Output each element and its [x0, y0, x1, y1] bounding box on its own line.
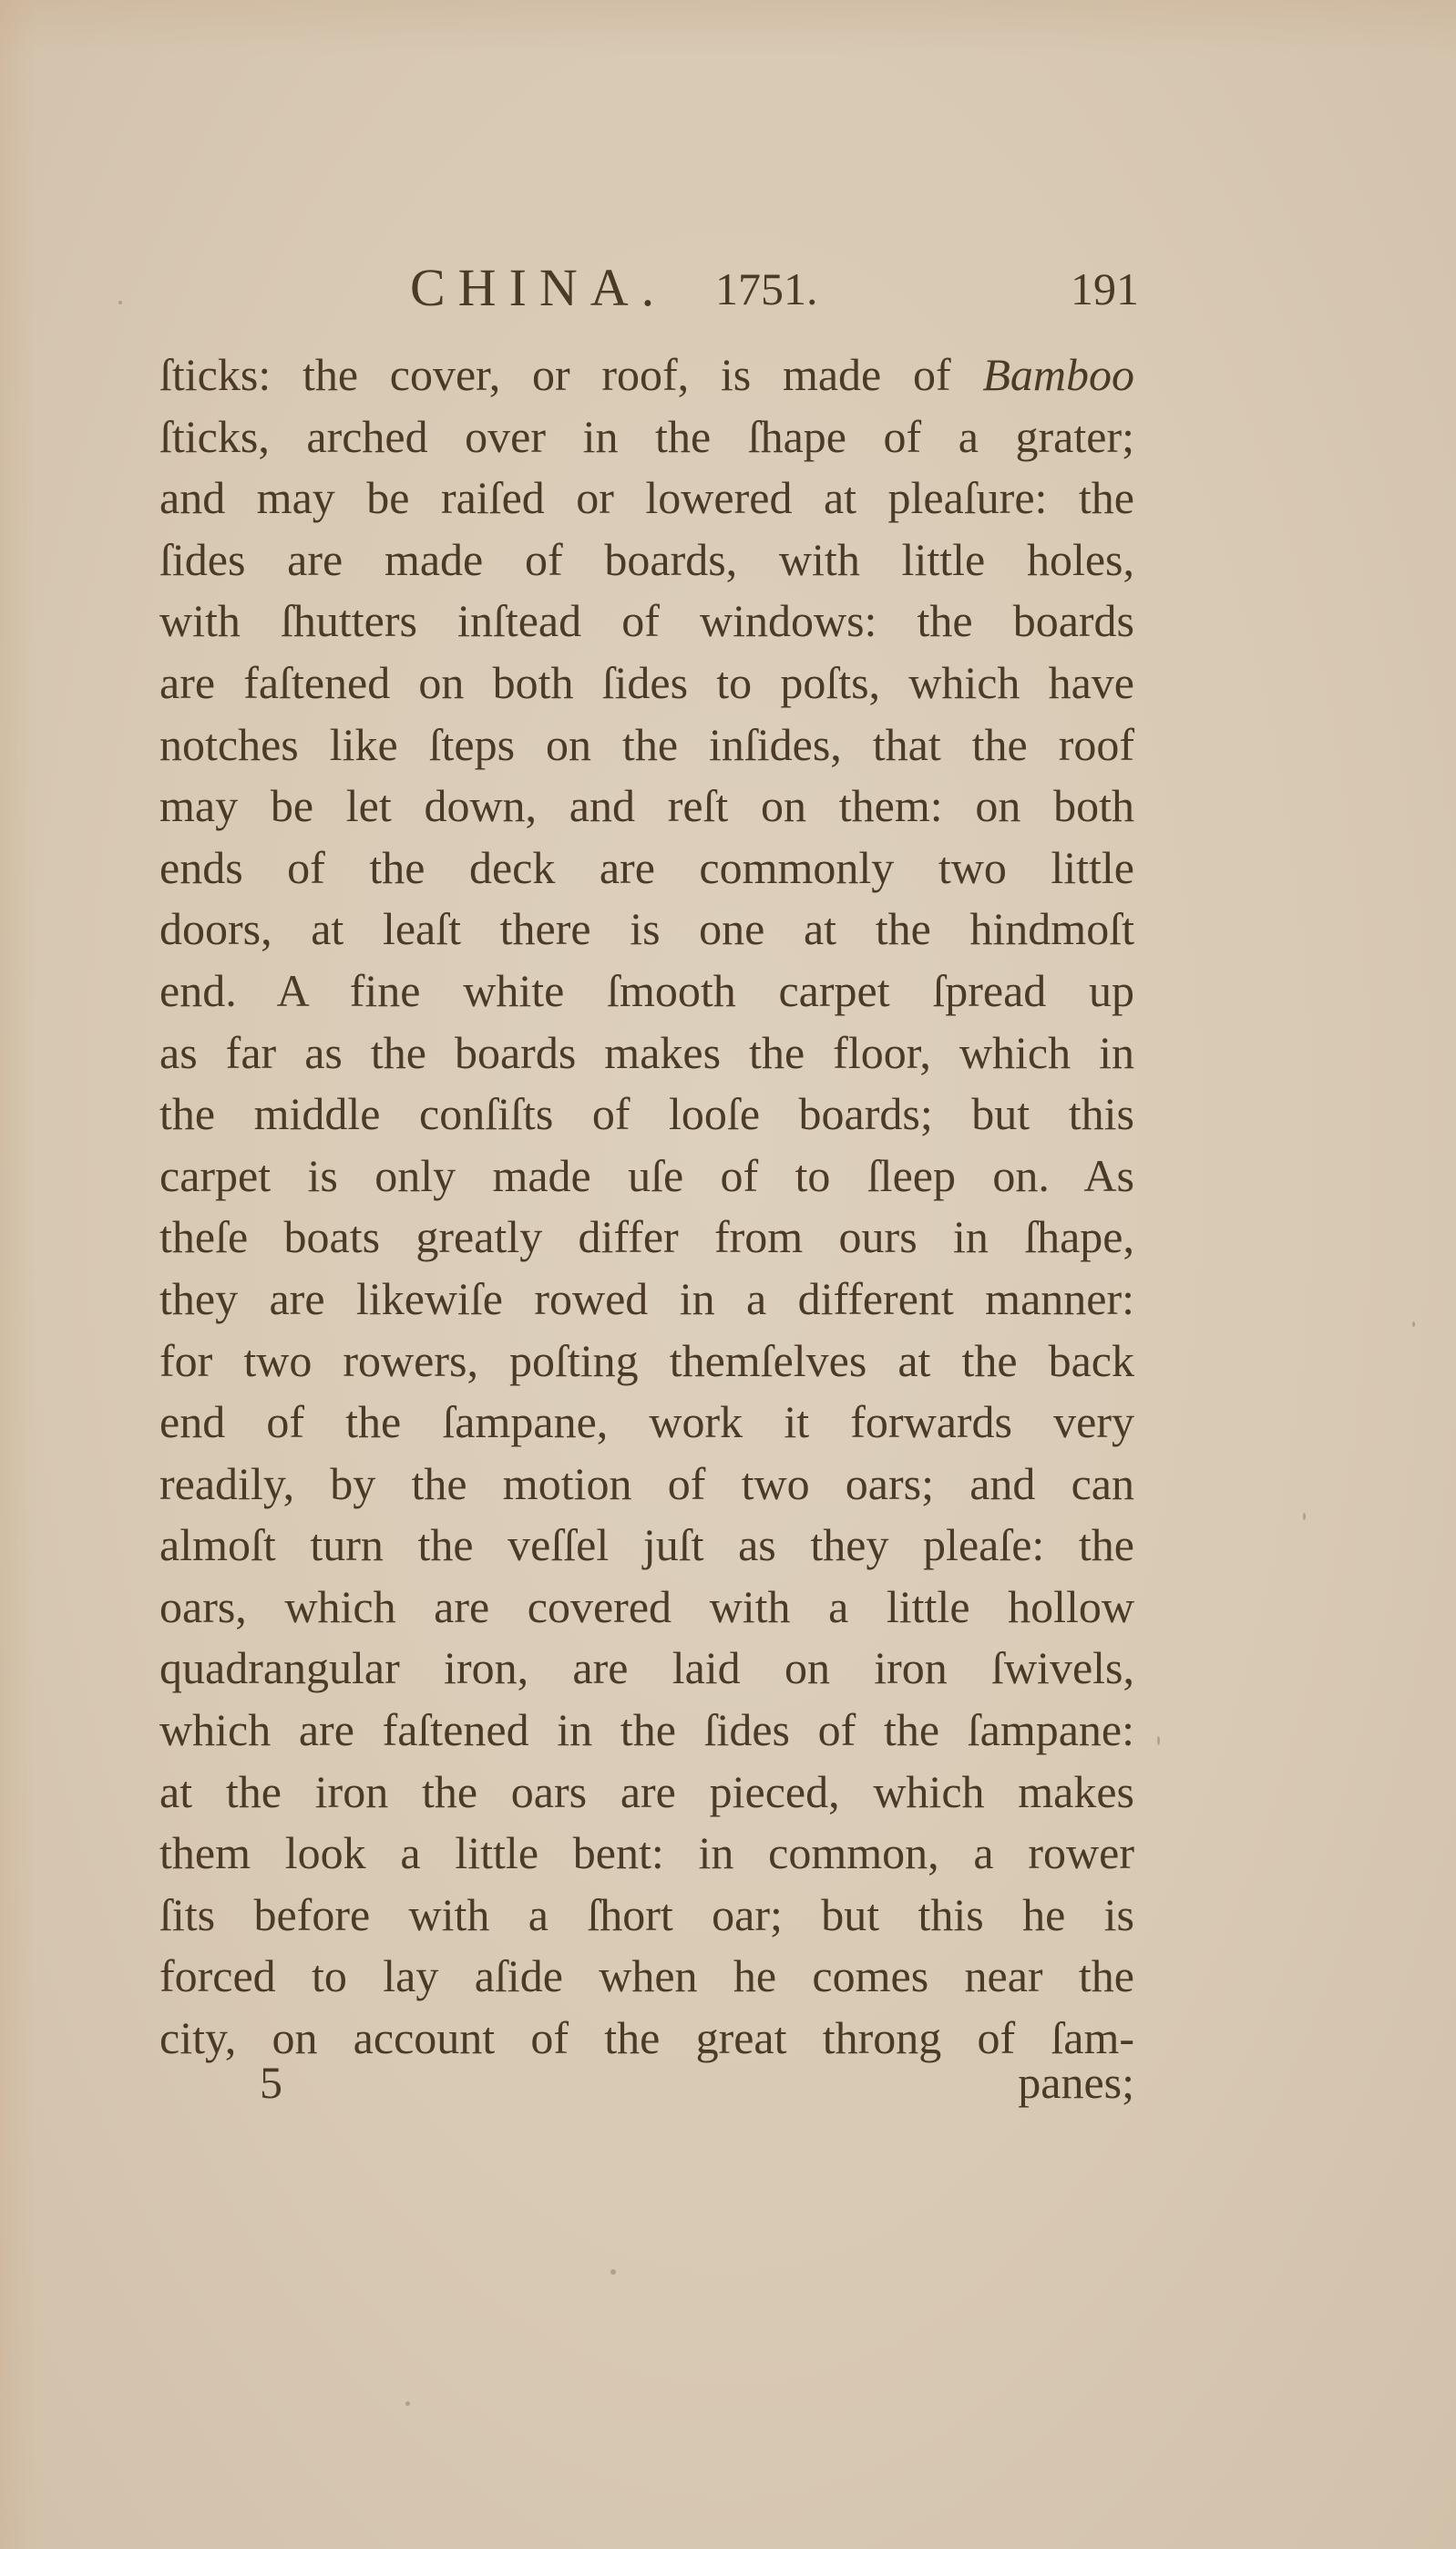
text-line: and may be raiſed or lowered at pleaſure… — [159, 468, 1134, 529]
running-title: CHINA. — [410, 257, 667, 318]
text-line: ſits before with a ſhort oar; but this h… — [159, 1885, 1134, 1947]
signature-mark: 5 — [260, 2056, 282, 2109]
text-line: are faſtened on both ſides to poſts, whi… — [159, 653, 1134, 714]
text-line: they are likewiſe rowed in a different m… — [159, 1269, 1134, 1331]
text-line: forced to lay aſide when he comes near t… — [159, 1946, 1134, 2008]
text-line: as far as the boards makes the floor, wh… — [159, 1023, 1134, 1084]
text-line: ſides are made of boards, with little ho… — [159, 529, 1134, 591]
text-line: readily, by the motion of two oars; and … — [159, 1454, 1134, 1516]
text-line: end. A fine white ſmooth carpet ſpread u… — [159, 961, 1134, 1023]
text-line: which are faſtened in the ſides of the ſ… — [159, 1700, 1134, 1762]
paper-speck — [1303, 1513, 1306, 1520]
page-edge-shading — [0, 0, 36, 2549]
running-year: 1751. — [715, 262, 818, 315]
paper-speck — [610, 2269, 616, 2275]
text-line: oars, which are covered with a little ho… — [159, 1577, 1134, 1639]
catchword: panes; — [1018, 2056, 1134, 2109]
text-line: ends of the deck are commonly two little — [159, 838, 1134, 899]
text-line: for two rowers, poſting themſelves at th… — [159, 1331, 1134, 1393]
text-line: theſe boats greatly differ from ours in … — [159, 1207, 1134, 1269]
text-line: almoſt turn the veſſel juſt as they plea… — [159, 1515, 1134, 1577]
text-line: with ſhutters inſtead of windows: the bo… — [159, 591, 1134, 653]
page-footer: 5 panes; — [159, 2056, 1134, 2120]
page-number: 191 — [1071, 262, 1139, 315]
paper-speck — [1412, 1321, 1415, 1327]
text-line: ſticks: the cover, or roof, is made of B… — [159, 344, 1134, 406]
italic-word: Bamboo — [982, 349, 1134, 400]
body-text: ſticks: the cover, or roof, is made of B… — [159, 344, 1134, 2070]
text-line: quadrangular iron, are laid on iron ſwiv… — [159, 1638, 1134, 1700]
paper-speck — [405, 2401, 410, 2406]
paper-speck — [118, 301, 122, 304]
text-line: end of the ſampane, work it forwards ver… — [159, 1392, 1134, 1454]
text-line: ſticks, arched over in the ſhape of a gr… — [159, 406, 1134, 468]
text-line: carpet is only made uſe of to ſleep on. … — [159, 1146, 1134, 1208]
book-page: CHINA. 1751. 191 ſticks: the cover, or r… — [0, 0, 1456, 2549]
text-line: them look a little bent: in common, a ro… — [159, 1823, 1134, 1885]
page-edge-shading — [0, 0, 1456, 55]
text-line: doors, at leaſt there is one at the hind… — [159, 899, 1134, 961]
text-line: the middle conſiſts of looſe boards; but… — [159, 1084, 1134, 1146]
paper-speck — [1157, 1736, 1160, 1745]
text-line: at the iron the oars are pieced, which m… — [159, 1762, 1134, 1824]
text-line: may be let down, and reſt on them: on bo… — [159, 776, 1134, 838]
text-line: notches like ſteps on the inſides, that … — [159, 714, 1134, 776]
running-head: CHINA. 1751. 191 — [159, 257, 1139, 321]
